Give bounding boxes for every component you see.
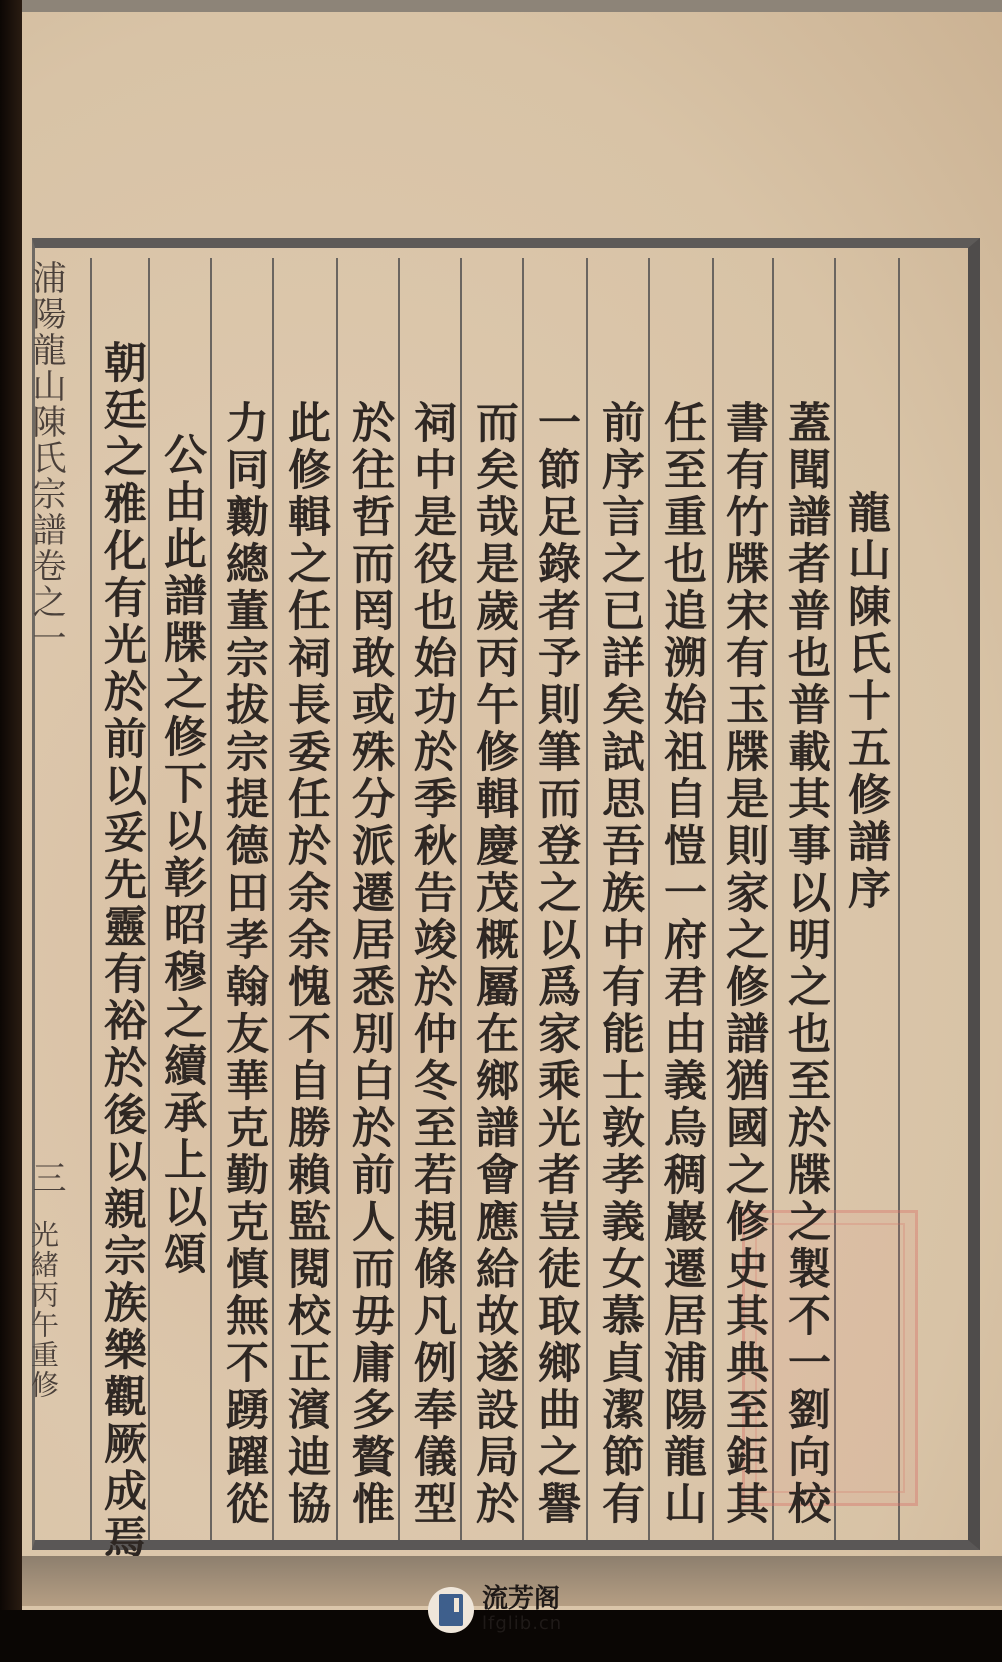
column-rule [398,258,400,1540]
column-rule [712,258,714,1540]
text-column-1: 蓋聞譜者普也普載其事以明之也至於牒之製不一劉向校 [778,400,834,1528]
column-rule [586,258,588,1540]
column-rule [272,258,274,1540]
column-rule [210,258,212,1540]
column-rule [460,258,462,1540]
preface-title: 龍山陳氏十五修譜序 [838,490,894,913]
top-edge [22,0,1002,12]
column-rule [336,258,338,1540]
column-rule [90,258,92,1540]
margin-edition: 光緒丙午重修 [28,1220,58,1400]
text-column-2: 書有竹牒宋有玉牒是則家之修譜猶國之修史其典至鉅其 [716,400,772,1528]
book-icon [428,1587,474,1633]
text-column-3: 任至重也追溯始祖自愷一府君由義烏稠巖遷居浦陽龍山 [654,400,710,1528]
text-column-4: 前序言之已詳矣試思吾族中有能士敦孝義女慕貞潔節有 [592,400,648,1528]
text-column-7: 祠中是役也始功於季秋告竣於仲冬至若規條凡例奉儀型 [404,400,460,1528]
book-spine [0,0,22,1662]
text-column-5: 一節足錄者予則筆而登之以爲家乘光者豈徒取鄉曲之譽 [528,400,584,1528]
text-column-12: 朝廷之雅化有光於前以妥先靈有裕於後以親宗族樂觀厥成焉 [94,340,150,1562]
watermark-name: 流芳阁 [482,1586,562,1612]
text-column-10: 力同勷總董宗拔宗提德田孝翰友華克勤克慎無不踴躍從 [216,400,272,1528]
margin-book-title: 浦陽龍山陳氏宗譜卷之一 [26,260,66,656]
margin-page-number: 三 [22,1160,71,1194]
text-column-9: 此修輯之任祠長委任於余余愧不自勝賴監閱校正濱迪協 [278,400,334,1528]
column-rule [648,258,650,1540]
text-column-6: 而矣哉是歲丙午修輯慶茂概屬在鄉譜會應給故遂設局於 [466,400,522,1528]
text-column-11: 公由此譜牒之修下以彰昭穆之續承上以頌 [154,432,210,1278]
watermark-logo[interactable]: 流芳阁 lfglib.cn [428,1586,562,1633]
column-rule [522,258,524,1540]
watermark-url: lfglib.cn [482,1615,562,1633]
text-column-8: 於往哲而罔敢或殊分派遷居悉別白於前人而毋庸多贅惟 [342,400,398,1528]
